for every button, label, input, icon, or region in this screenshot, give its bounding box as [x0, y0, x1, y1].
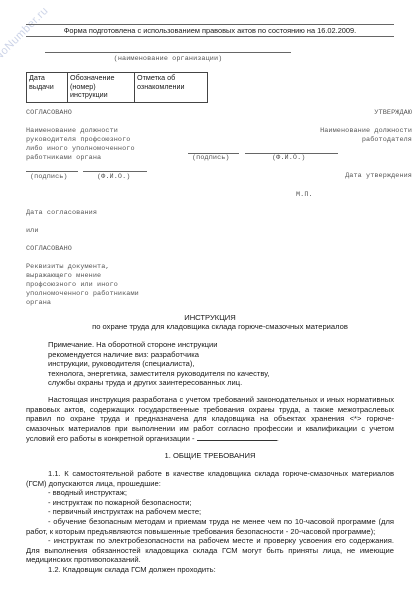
approved-position-line: Наименование должности: [250, 127, 412, 136]
agreed-position-line: работниками органа: [26, 154, 166, 163]
list-item-training: - обучение безопасным методам и приемам …: [26, 517, 394, 536]
agreed-position-line: Наименование должности: [26, 127, 166, 136]
form-notice: Форма подготовлена с использованием прав…: [26, 25, 394, 36]
section-1-body: 1.1. К самостоятельной работе в качестве…: [26, 469, 394, 575]
section-1-title: 1. ОБЩИЕ ТРЕБОВАНИЯ: [0, 451, 420, 461]
paragraph-1-2: 1.2. Кладовщик склада ГСМ должен проходи…: [26, 565, 394, 575]
issue-table-header-acknowledgement: Отметка об ознакомлении: [135, 73, 208, 103]
organization-caption: (наименование организации): [45, 55, 291, 64]
agreed-name-line: [83, 171, 147, 172]
note-line: службы охраны труда и других заинтересов…: [48, 378, 308, 388]
issue-table-header-date: Дата выдачи: [27, 73, 68, 103]
approved-position: Наименование должности работодателя: [250, 127, 412, 145]
stamp-label: М.П.: [296, 191, 313, 200]
note-line: инструкции, руководителя (специалиста),: [48, 359, 308, 369]
note-line: технолога, энергетика, заместителя руков…: [48, 369, 308, 379]
organization-blank: [197, 433, 277, 441]
issue-table-header-number: Обозначение (номер) инструкции: [68, 73, 135, 103]
alt-agreed-line: выражающего мнение: [26, 272, 176, 281]
paragraph-1-1: 1.1. К самостоятельной работе в качестве…: [26, 469, 394, 488]
alt-agreed-line: профсоюзного или иного: [26, 281, 176, 290]
list-item: - вводный инструктаж;: [26, 488, 394, 498]
list-item-electric: - инструктаж по электробезопасности на р…: [26, 536, 394, 565]
agreed-position-line: руководителя профсоюзного: [26, 136, 166, 145]
note-block: Примечание. На оборотной стороне инструк…: [48, 340, 308, 388]
alt-agreed-line: органа: [26, 299, 176, 308]
approval-date-label: Дата утверждения: [260, 172, 412, 181]
agreed-title: СОГЛАСОВАНО: [26, 109, 72, 118]
alt-agreed-title: СОГЛАСОВАНО: [26, 245, 72, 254]
intro-end: .: [277, 434, 279, 443]
agreed-signature-line: [26, 171, 78, 172]
alt-agreed-line: Реквизиты документа,: [26, 263, 176, 272]
agreed-position-line: либо иного уполномоченного: [26, 145, 166, 154]
list-item: - первичный инструктаж на рабочем месте;: [26, 507, 394, 517]
approved-signature-caption: (подпись): [192, 154, 230, 163]
alt-agreed-details: Реквизиты документа, выражающего мнение …: [26, 263, 176, 308]
intro-paragraph: Настоящая инструкция разработана с учето…: [26, 395, 394, 444]
form-notice-band: Форма подготовлена с использованием прав…: [26, 24, 394, 37]
organization-line: [45, 52, 291, 53]
agreed-position: Наименование должности руководителя проф…: [26, 127, 166, 163]
agreement-date-label: Дата согласования: [26, 209, 97, 218]
alt-agreed-line: уполномоченного работниками: [26, 290, 176, 299]
agreed-signature-caption: (подпись): [30, 173, 68, 182]
note-line: рекомендуется наличие виз: разработчика: [48, 350, 308, 360]
document-subtitle: по охране труда для кладовщика склада го…: [20, 322, 420, 332]
approved-position-line: работодателя: [250, 136, 412, 145]
list-item: - инструктаж по пожарной безопасности;: [26, 498, 394, 508]
note-line: Примечание. На оборотной стороне инструк…: [48, 340, 308, 350]
agreed-name-caption: (Ф.И.О.): [97, 173, 130, 182]
approved-title: УТВЕРЖДАЮ: [300, 109, 412, 118]
issue-table: Дата выдачи Обозначение (номер) инструкц…: [26, 72, 208, 103]
or-label: или: [26, 227, 39, 236]
approved-name-caption: (Ф.И.О.): [272, 154, 305, 163]
